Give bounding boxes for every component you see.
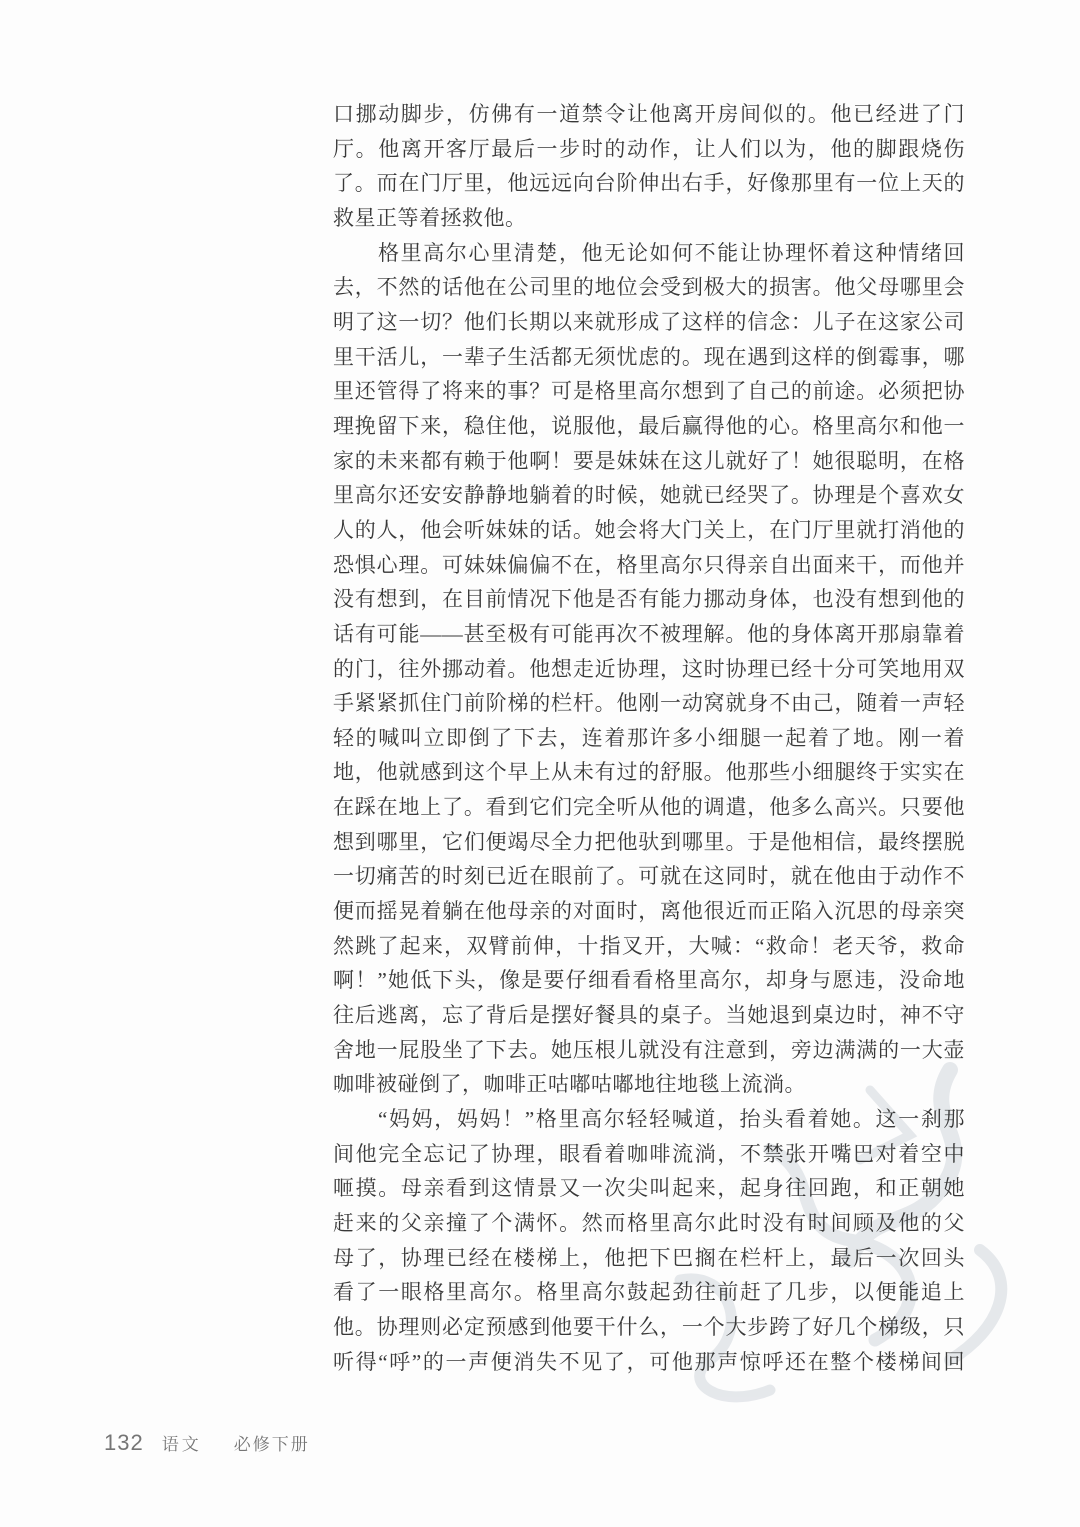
text-line: 往后逃离，忘了背后是摆好餐具的桌子。当她退到桌边时，神不守 [333, 998, 965, 1033]
text-line: 母了，协理已经在楼梯上，他把下巴搁在栏杆上，最后一次回头 [333, 1241, 965, 1276]
footer-subject: 语文 [162, 1430, 202, 1455]
text-line: 咂摸。母亲看到这情景又一次尖叫起来，起身往回跑，和正朝她 [333, 1171, 965, 1206]
text-line: 的门，往外挪动着。他想走近协理，这时协理已经十分可笑地用双 [333, 652, 965, 687]
text-line: 理挽留下来，稳住他，说服他，最后赢得他的心。格里高尔和他一 [333, 409, 965, 444]
body-text: 口挪动脚步，仿佛有一道禁令让他离开房间似的。他已经进了门厅。他离开客厅最后一步时… [333, 97, 965, 1379]
text-line: 去，不然的话他在公司里的地位会受到极大的损害。他父母哪里会 [333, 270, 965, 305]
textbook-page: 口挪动脚步，仿佛有一道禁令让他离开房间似的。他已经进了门厅。他离开客厅最后一步时… [0, 0, 1080, 1527]
text-line: 听得“呼”的一声便消失不见了，可他那声惊呼还在整个楼梯间回 [333, 1345, 965, 1380]
text-line: 然跳了起来，双臂前伸，十指叉开，大喊：“救命！老天爷，救命 [333, 929, 965, 964]
text-line: 家的未来都有赖于他啊！要是妹妹在这儿就好了！她很聪明，在格 [333, 444, 965, 479]
text-line: 里高尔还安安静静地躺着的时候，她就已经哭了。协理是个喜欢女 [333, 478, 965, 513]
text-line: 里还管得了将来的事？可是格里高尔想到了自己的前途。必须把协 [333, 374, 965, 409]
text-line: 里干活儿，一辈子生活都无须忧虑的。现在遇到这样的倒霉事，哪 [333, 340, 965, 375]
text-line: 恐惧心理。可妹妹偏偏不在，格里高尔只得亲自出面来干，而他并 [333, 548, 965, 583]
text-line: 手紧紧抓住门前阶梯的栏杆。他刚一动窝就身不由己，随着一声轻 [333, 686, 965, 721]
text-line: 看了一眼格里高尔。格里高尔鼓起劲往前赶了几步，以便能追上 [333, 1275, 965, 1310]
text-line: 格里高尔心里清楚，他无论如何不能让协理怀着这种情绪回 [333, 236, 965, 271]
text-line: 啊！”她低下头，像是要仔细看看格里高尔，却身与愿违，没命地 [333, 963, 965, 998]
text-line: 赶来的父亲撞了个满怀。然而格里高尔此时没有时间顾及他的父 [333, 1206, 965, 1241]
text-line: 救星正等着拯救他。 [333, 201, 965, 236]
text-line: 轻的喊叫立即倒了下去，连着那许多小细腿一起着了地。刚一着 [333, 721, 965, 756]
text-line: 了。而在门厅里，他远远向台阶伸出右手，好像那里有一位上天的 [333, 166, 965, 201]
page-footer: 132 语文 必修下册 [104, 1430, 310, 1456]
text-line: 间他完全忘记了协理，眼看着咖啡流淌，不禁张开嘴巴对着空中 [333, 1137, 965, 1172]
text-line: 想到哪里，它们便竭尽全力把他驮到哪里。于是他相信，最终摆脱 [333, 825, 965, 860]
text-line: 在踩在地上了。看到它们完全听从他的调遣，他多么高兴。只要他 [333, 790, 965, 825]
text-line: 人的人，他会听妹妹的话。她会将大门关上，在门厅里就打消他的 [333, 513, 965, 548]
text-line: 地，他就感到这个早上从未有过的舒服。他那些小细腿终于实实在 [333, 755, 965, 790]
text-line: “妈妈，妈妈！”格里高尔轻轻喊道，抬头看着她。这一刹那 [333, 1102, 965, 1137]
text-line: 话有可能——甚至极有可能再次不被理解。他的身体离开那扇靠着 [333, 617, 965, 652]
text-line: 舍地一屁股坐了下去。她压根儿就没有注意到，旁边满满的一大壶 [333, 1033, 965, 1068]
text-line: 口挪动脚步，仿佛有一道禁令让他离开房间似的。他已经进了门 [333, 97, 965, 132]
text-line: 他。协理则必定预感到他要干什么，一个大步跨了好几个梯级，只 [333, 1310, 965, 1345]
text-line: 咖啡被碰倒了，咖啡正咕嘟咕嘟地往地毯上流淌。 [333, 1067, 965, 1102]
footer-volume: 必修下册 [234, 1430, 310, 1455]
text-line: 一切痛苦的时刻已近在眼前了。可就在这同时，就在他由于动作不 [333, 859, 965, 894]
text-line: 厅。他离开客厅最后一步时的动作，让人们以为，他的脚跟烧伤 [333, 132, 965, 167]
page-number: 132 [104, 1430, 144, 1456]
text-line: 便而摇晃着躺在他母亲的对面时，离他很近而正陷入沉思的母亲突 [333, 894, 965, 929]
text-line: 没有想到，在目前情况下他是否有能力挪动身体，也没有想到他的 [333, 582, 965, 617]
text-line: 明了这一切？他们长期以来就形成了这样的信念：儿子在这家公司 [333, 305, 965, 340]
